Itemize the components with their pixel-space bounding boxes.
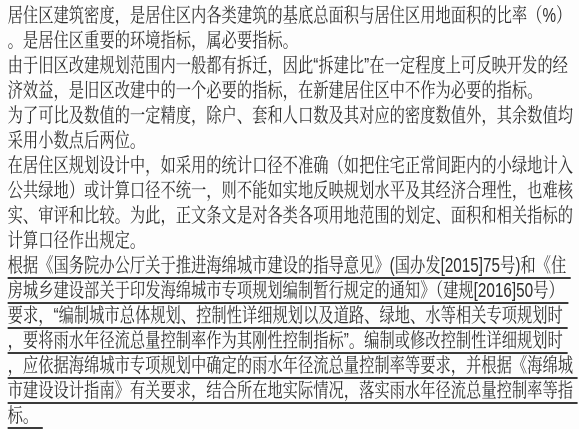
text-line-content: ，要将雨水年径流总量控制率作为其刚性控制指标”。编制或修改控制性详细规划时	[8, 329, 568, 354]
text-line: 居住区建筑密度，是居住区内各类建筑的基底总面积与居住区用地面积的比率（%）	[8, 4, 576, 29]
text-line-content: ，应依据海绵城市专项规划中确定的雨水年径流总量控制率等要求，并根据《海绵城	[8, 354, 578, 379]
text-line-content: 由于旧区改建规划范围内一般都有拆迁，因此“拆建比”在一定程度上可反映开发的经	[8, 54, 568, 79]
text-line: 为了可比及数值的一定精度，除户、套和人口数及其对应的密度数值外，其余数值均	[8, 104, 576, 129]
document-page: 居住区建筑密度，是居住区内各类建筑的基底总面积与居住区用地面积的比率（%） 。是…	[0, 0, 579, 429]
text-line-content: 居住区建筑密度，是居住区内各类建筑的基底总面积与居住区用地面积的比率（%）	[8, 4, 572, 29]
text-line-content: 济效益，是旧区改建中的一个必要的指标，在新建居住区中不作为必要的指标。	[8, 79, 543, 104]
text-line-content: 要求，“编制城市总体规划、控制性详细规划以及道路、绿地、水等相关专项规划时	[8, 304, 568, 329]
text-line-content: 房城乡建设部关于印发海绵城市专项规划编制暂行规定的通知》（建规[2016]50号…	[8, 279, 569, 304]
text-line-content: 。是居住区重要的环境指标，属必要指标。	[8, 29, 298, 54]
text-line: 计算口径作出规定。	[8, 229, 576, 254]
text-line-content: 市建设设计指南》有关要求，结合所在地实际情况，落实雨水年径流总量控制率等指	[8, 379, 578, 404]
paragraph-statistical-caliber: 在居住区规划设计中，如采用的统计口径不准确（如把住宅正常间距内的小绿地计入 公共…	[8, 154, 576, 254]
text-line: 采用小数点后两位。	[8, 129, 576, 154]
underlined-text-line: 房城乡建设部关于印发海绵城市专项规划编制暂行规定的通知》（建规[2016]50号…	[8, 279, 576, 304]
text-line: 公共绿地）或计算口径不统一，则不能如实地反映规划水平及其经济合理性，也难核	[8, 179, 576, 204]
underlined-text-line: ，应依据海绵城市专项规划中确定的雨水年径流总量控制率等要求，并根据《海绵城	[8, 354, 576, 379]
underlined-text-line: 要求，“编制城市总体规划、控制性详细规划以及道路、绿地、水等相关专项规划时	[8, 304, 576, 329]
underlined-text-line: 市建设设计指南》有关要求，结合所在地实际情况，落实雨水年径流总量控制率等指	[8, 379, 576, 404]
underlined-text-line: 根据《国务院办公厅关于推进海绵城市建设的指导意见》(国办发[2015]75号)和…	[8, 254, 576, 279]
paragraph-sponge-city-requirements: 根据《国务院办公厅关于推进海绵城市建设的指导意见》(国办发[2015]75号)和…	[8, 254, 576, 429]
paragraph-building-density-definition: 居住区建筑密度，是居住区内各类建筑的基底总面积与居住区用地面积的比率（%） 。是…	[8, 4, 576, 54]
text-line: 。是居住区重要的环境指标，属必要指标。	[8, 29, 576, 54]
text-line-content: 实、审评和比较。为此，正文条文是对各类各项用地范围的划定、面积和相关指标的	[8, 204, 573, 229]
text-line-content: 采用小数点后两位。	[8, 129, 146, 154]
text-line-content: 标。	[8, 404, 43, 429]
text-line-content: 在居住区规划设计中，如采用的统计口径不准确（如把住宅正常间距内的小绿地计入	[8, 154, 573, 179]
text-line: 在居住区规划设计中，如采用的统计口径不准确（如把住宅正常间距内的小绿地计入	[8, 154, 576, 179]
paragraph-decimal-precision: 为了可比及数值的一定精度，除户、套和人口数及其对应的密度数值外，其余数值均 采用…	[8, 104, 576, 154]
text-line: 实、审评和比较。为此，正文条文是对各类各项用地范围的划定、面积和相关指标的	[8, 204, 576, 229]
text-line: 由于旧区改建规划范围内一般都有拆迁，因此“拆建比”在一定程度上可反映开发的经	[8, 54, 576, 79]
underlined-text-line: 标。	[8, 404, 576, 429]
text-line-content: 计算口径作出规定。	[8, 229, 146, 254]
text-line-content: 公共绿地）或计算口径不统一，则不能如实地反映规划水平及其经济合理性，也难核	[8, 179, 573, 204]
text-line-content: 为了可比及数值的一定精度，除户、套和人口数及其对应的密度数值外，其余数值均	[8, 104, 573, 129]
text-line-content: 根据《国务院办公厅关于推进海绵城市建设的指导意见》(国办发[2015]75号)和…	[8, 254, 571, 279]
paragraph-demolition-ratio: 由于旧区改建规划范围内一般都有拆迁，因此“拆建比”在一定程度上可反映开发的经 济…	[8, 54, 576, 104]
underlined-text-line: ，要将雨水年径流总量控制率作为其刚性控制指标”。编制或修改控制性详细规划时	[8, 329, 576, 354]
text-line: 济效益，是旧区改建中的一个必要的指标，在新建居住区中不作为必要的指标。	[8, 79, 576, 104]
